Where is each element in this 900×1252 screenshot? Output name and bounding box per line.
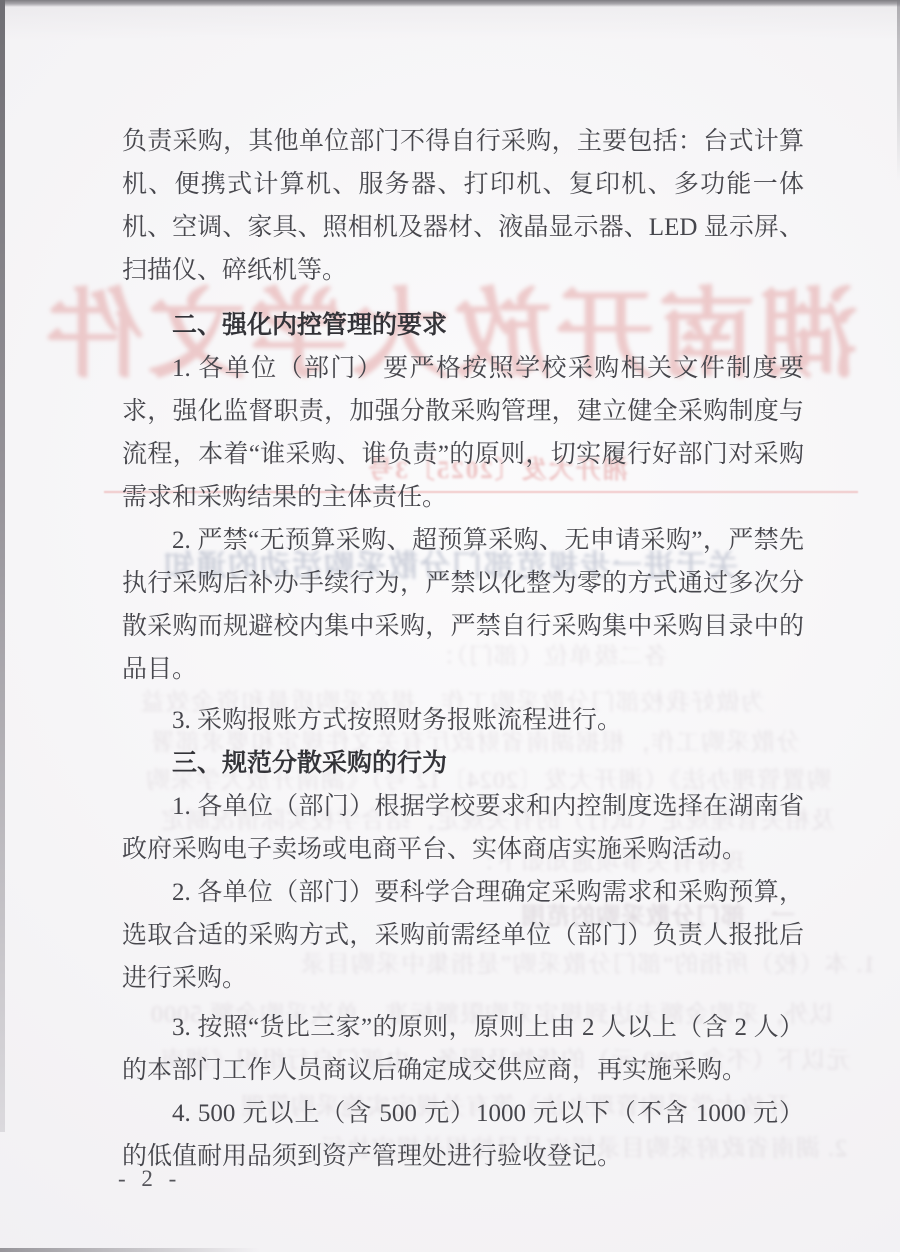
scan-edge-top [0, 0, 900, 7]
page-number: - 2 - [118, 1166, 181, 1192]
scanned-document-page: 湖南开放大学文件 湘开大发〔2025〕3号 关于进一步规范部门分散采购活动的通知… [0, 0, 900, 1252]
section-heading: 三、规范分散采购的行为 [122, 742, 804, 785]
body-paragraph: 4. 500 元以上（含 500 元）1000 元以下（不含 1000 元）的低… [122, 1092, 804, 1178]
body-paragraph: 3. 按照“货比三家”的原则，原则上由 2 人以上（含 2 人）的本部门工作人员… [122, 1006, 804, 1092]
body-paragraph: 负责采购，其他单位部门不得自行采购，主要包括：台式计算机、便携式计算机、服务器、… [122, 120, 804, 292]
body-paragraph: 1. 各单位（部门）要严格按照学校采购相关文件制度要求，强化监督职责，加强分散采… [122, 347, 804, 519]
scan-edge-bottom [0, 1248, 260, 1252]
body-paragraph: 2. 严禁“无预算采购、超预算采购、无申请采购”，严禁先执行采购后补办手续行为，… [122, 519, 804, 691]
section-heading: 二、强化内控管理的要求 [122, 304, 804, 347]
body-paragraph: 2. 各单位（部门）要科学合理确定采购需求和采购预算，选取合适的采购方式，采购前… [122, 871, 804, 1000]
body-paragraph: 3. 采购报账方式按照财务报账流程进行。 [122, 699, 804, 742]
document-text: 负责采购，其他单位部门不得自行采购，主要包括：台式计算机、便携式计算机、服务器、… [122, 120, 804, 1178]
scan-edge-left [0, 0, 5, 1132]
body-paragraph: 1. 各单位（部门）根据学校要求和内控制度选择在湖南省政府采购电子卖场或电商平台… [122, 785, 804, 871]
